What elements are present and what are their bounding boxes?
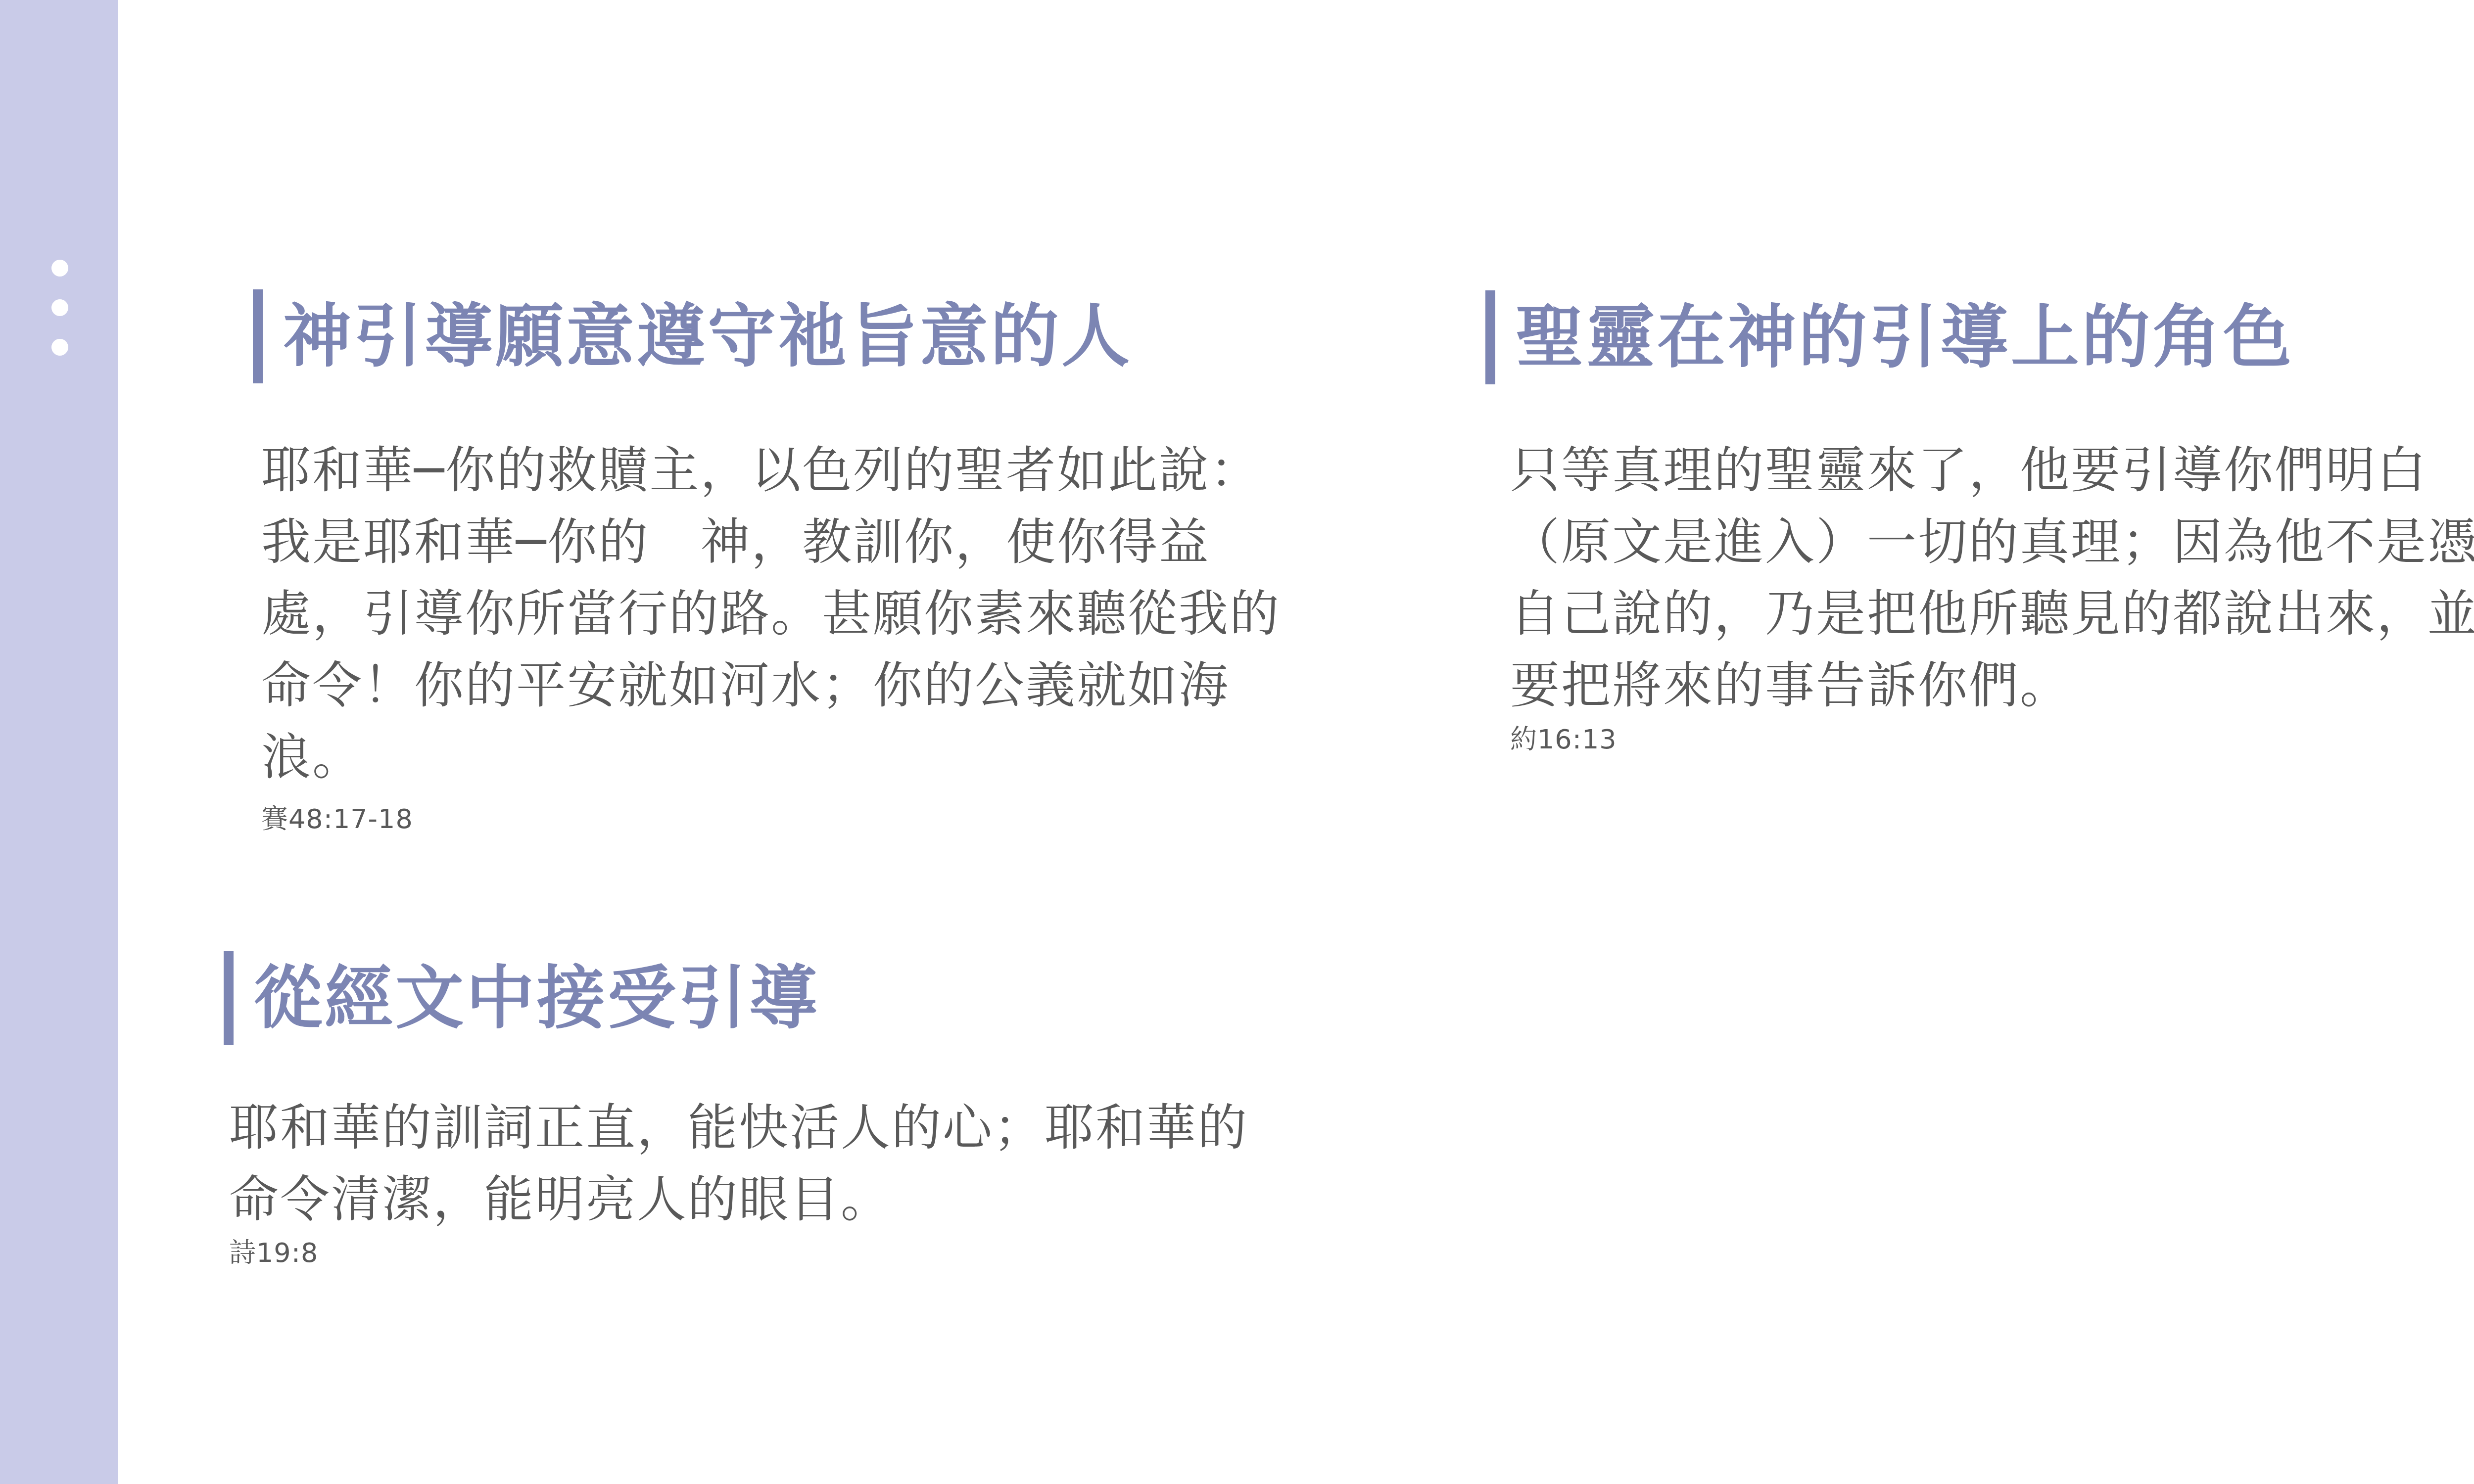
accent-bar — [253, 289, 263, 383]
section-guidance-from-scripture: 從經文中接受引導 耶和華的訓詞正直，能快活人的心；耶和華的 命令清潔，能明亮人的… — [224, 951, 1461, 1045]
bullet-dot-icon — [51, 299, 68, 316]
scripture-reference: 賽48:17-18 — [261, 801, 413, 837]
section-god-guides: 神引導願意遵守祂旨意的人 耶和華─你的救贖主，以色列的聖者如此說： 我是耶和華─… — [253, 289, 1440, 383]
section-heading: 從經文中接受引導 — [224, 951, 1461, 1045]
section-heading: 聖靈在神的引導上的角色 — [1485, 290, 2474, 384]
section-title: 神引導願意遵守祂旨意的人 — [283, 289, 1132, 383]
accent-bar — [224, 951, 234, 1045]
section-title: 從經文中接受引導 — [254, 951, 820, 1045]
section-holy-spirit-role: 聖靈在神的引導上的角色 只等真理的聖靈來了，他要引導你們明白 （原文是進入）一切… — [1485, 290, 2474, 384]
scripture-reference: 約16:13 — [1510, 722, 1617, 757]
scripture-reference: 詩19:8 — [229, 1235, 318, 1271]
scripture-text: 只等真理的聖靈來了，他要引導你們明白 （原文是進入）一切的真理；因為他不是憑 自… — [1510, 434, 2474, 721]
bullet-dot-icon — [51, 260, 68, 277]
scripture-text: 耶和華的訓詞正直，能快活人的心；耶和華的 命令清潔，能明亮人的眼目。 — [229, 1092, 1417, 1235]
accent-bar — [1485, 290, 1495, 384]
section-heading: 神引導願意遵守祂旨意的人 — [253, 289, 1440, 383]
slide: 神引導願意遵守祂旨意的人 耶和華─你的救贖主，以色列的聖者如此說： 我是耶和華─… — [0, 0, 2474, 1484]
bullet-dot-icon — [51, 339, 68, 356]
scripture-text: 耶和華─你的救贖主，以色列的聖者如此說： 我是耶和華─你的 神，教訓你，使你得益… — [261, 434, 1399, 793]
section-title: 聖靈在神的引導上的角色 — [1516, 290, 2294, 384]
sidebar — [0, 0, 118, 1484]
